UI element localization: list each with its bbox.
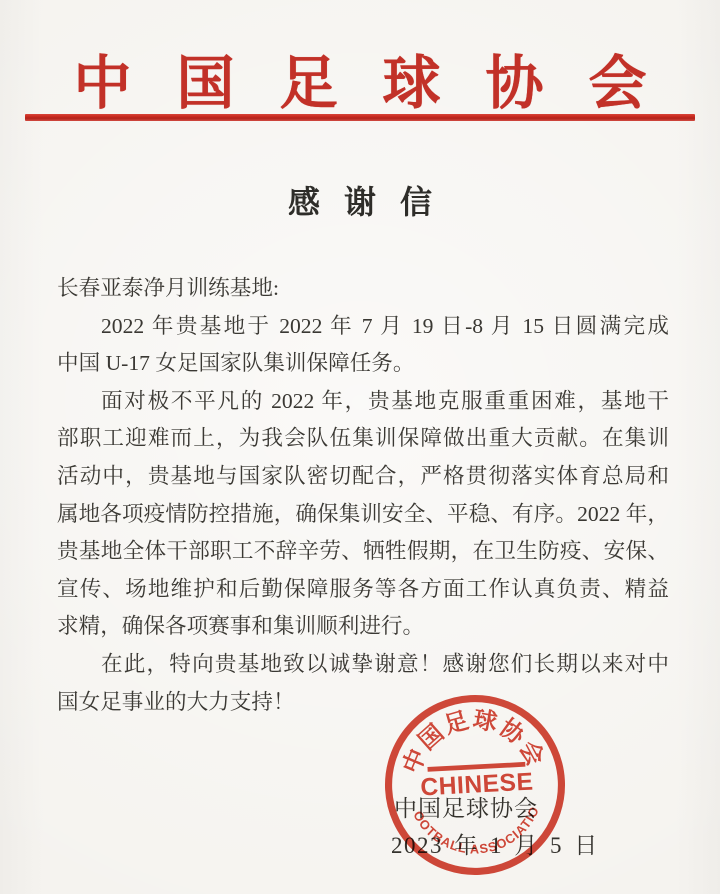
body-line: 宣传、场地维护和后勤保障服务等各方面工作认真负责、精益 [57, 571, 669, 609]
org-title: 中国足球协会 [73, 51, 691, 116]
letterhead-rule [25, 114, 695, 121]
letterhead: 中国足球协会 [0, 36, 720, 120]
body-line: 长春亚泰净月训练基地: [57, 270, 669, 308]
body-line: 求精，确保各项赛事和集训顺利进行。 [57, 608, 669, 646]
title-line: 感谢信 [0, 177, 720, 223]
body-line: 国女足事业的大力支持！ [57, 684, 669, 722]
body-line: 2022 年贵基地于 2022 年 7 月 19 日-8 月 15 日圆满完成 [57, 308, 669, 346]
body-line: 面对极不平凡的 2022 年，贵基地克服重重困难，基地干 [57, 383, 669, 421]
body-line: 中国 U-17 女足国家队集训保障任务。 [57, 345, 669, 383]
body-line: 活动中，贵基地与国家队密切配合，严格贯彻落实体育总局和 [57, 458, 669, 496]
page-title: 感谢信 [288, 184, 456, 220]
letter-body: 长春亚泰净月训练基地:2022 年贵基地于 2022 年 7 月 19 日-8 … [57, 270, 669, 721]
body-line: 属地各项疫情防控措施，确保集训安全、平稳、有序。2022 年， [57, 496, 669, 534]
body-line: 部职工迎难而上，为我会队伍集训保障做出重大贡献。在集训 [57, 420, 669, 458]
stamp-divider-line [428, 764, 526, 769]
body-line: 贵基地全体干部职工不辞辛劳、牺牲假期，在卫生防疫、安保、 [57, 533, 669, 571]
stamp-center-text: CHINESE [420, 769, 534, 802]
official-seal-stamp-icon: 中国足球协会 CHINESE FOOTBALL ASSOCIATION [375, 685, 575, 885]
body-line: 在此，特向贵基地致以诚挚谢意！感谢您们长期以来对中 [57, 646, 669, 684]
letter-page: 中国足球协会 感谢信 长春亚泰净月训练基地:2022 年贵基地于 2022 年 … [0, 0, 720, 894]
